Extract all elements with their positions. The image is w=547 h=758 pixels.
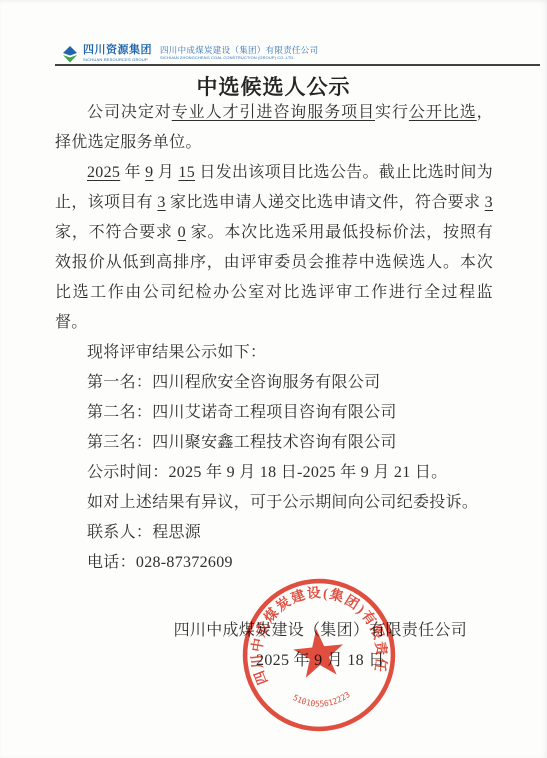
text-run: 年 xyxy=(120,164,145,181)
document-title: 中选候选人公示 xyxy=(0,71,547,101)
signature-block: 四川中成煤炭建设（集团）有限责任公司 2025 年 9 月 18 日 xyxy=(174,616,467,676)
paragraph: 现将评审结果公示如下： xyxy=(55,338,493,368)
text-run: 现将评审结果公示如下： xyxy=(87,344,266,361)
underlined-text: 3 xyxy=(157,194,165,211)
paragraph: 第三名：四川聚安鑫工程技术咨询有限公司 xyxy=(55,428,493,458)
company-block: 四川中成煤炭建设（集团）有限责任公司 SICHUAN ZHONGCHENG CO… xyxy=(160,46,318,60)
paragraph: 如对上述结果有异议，可于公示期间向公司纪委投诉。 xyxy=(55,488,493,518)
underlined-text: 2025 xyxy=(87,164,120,181)
svg-text:5101055612223: 5101055612223 xyxy=(290,686,353,711)
underlined-text: 15 xyxy=(178,164,195,181)
text-run: 公司决定对 xyxy=(87,104,172,121)
scanned-document-page: 四川资源集团 SICHUAN RESOURCES GROUP 四川中成煤炭建设（… xyxy=(0,0,547,758)
brand-block: 四川资源集团 SICHUAN RESOURCES GROUP xyxy=(83,45,152,62)
text-run: 如对上述结果有异议，可于公示期间向公司纪委投诉。 xyxy=(87,494,478,511)
company-name: 四川中成煤炭建设（集团）有限责任公司 xyxy=(160,46,318,55)
document-body: 公司决定对专业人才引进咨询服务项目实行公开比选，择优选定服务单位。2025 年 … xyxy=(55,98,493,578)
signature-date: 2025 年 9 月 18 日 xyxy=(174,646,467,676)
paragraph: 公示时间：2025 年 9 月 18 日-2025 年 9 月 21 日。 xyxy=(55,458,493,488)
text-run: 电话：028-87372609 xyxy=(87,554,233,571)
text-run: 月 xyxy=(153,164,178,181)
text-run: 家比选申请人递交比选申请文件，符合要求 xyxy=(166,194,485,211)
underlined-text: 3 xyxy=(485,194,493,211)
underlined-text: 公开比选 xyxy=(409,104,477,121)
letterhead: 四川资源集团 SICHUAN RESOURCES GROUP 四川中成煤炭建设（… xyxy=(62,45,318,63)
text-run: 第二名：四川艾诺奇工程项目咨询有限公司 xyxy=(87,404,397,421)
paragraph: 2025 年 9 月 15 日发出该项目比选公告。截止比选时间为止，该项目有 3… xyxy=(55,158,493,338)
seal-serial-number: 5101055612223 xyxy=(290,686,353,711)
text-run: 家，不符合要求 xyxy=(55,224,178,241)
paragraph: 电话：028-87372609 xyxy=(55,548,493,578)
paragraph: 联系人：程思源 xyxy=(55,518,493,548)
group-name: 四川资源集团 xyxy=(83,45,152,56)
underlined-text: 专业人才引进咨询服务项目 xyxy=(172,104,375,121)
letterhead-rule xyxy=(55,64,540,66)
paragraph: 公司决定对专业人才引进咨询服务项目实行公开比选，择优选定服务单位。 xyxy=(55,98,493,158)
text-run: 实行 xyxy=(375,104,409,121)
group-logo-icon xyxy=(62,46,78,63)
company-name-en: SICHUAN ZHONGCHENG COAL CONSTRUCTION (GR… xyxy=(160,56,318,60)
underlined-text: 0 xyxy=(178,224,186,241)
text-run: 公示时间：2025 年 9 月 18 日-2025 年 9 月 21 日。 xyxy=(87,464,447,481)
paragraph: 第二名：四川艾诺奇工程项目咨询有限公司 xyxy=(55,398,493,428)
signature-company: 四川中成煤炭建设（集团）有限责任公司 xyxy=(174,616,467,646)
text-run: 第三名：四川聚安鑫工程技术咨询有限公司 xyxy=(87,434,397,451)
text-run: 第一名：四川程欣安全咨询服务有限公司 xyxy=(87,374,380,391)
text-run: 联系人：程思源 xyxy=(87,524,201,541)
paragraph: 第一名：四川程欣安全咨询服务有限公司 xyxy=(55,368,493,398)
group-name-en: SICHUAN RESOURCES GROUP xyxy=(83,58,152,62)
